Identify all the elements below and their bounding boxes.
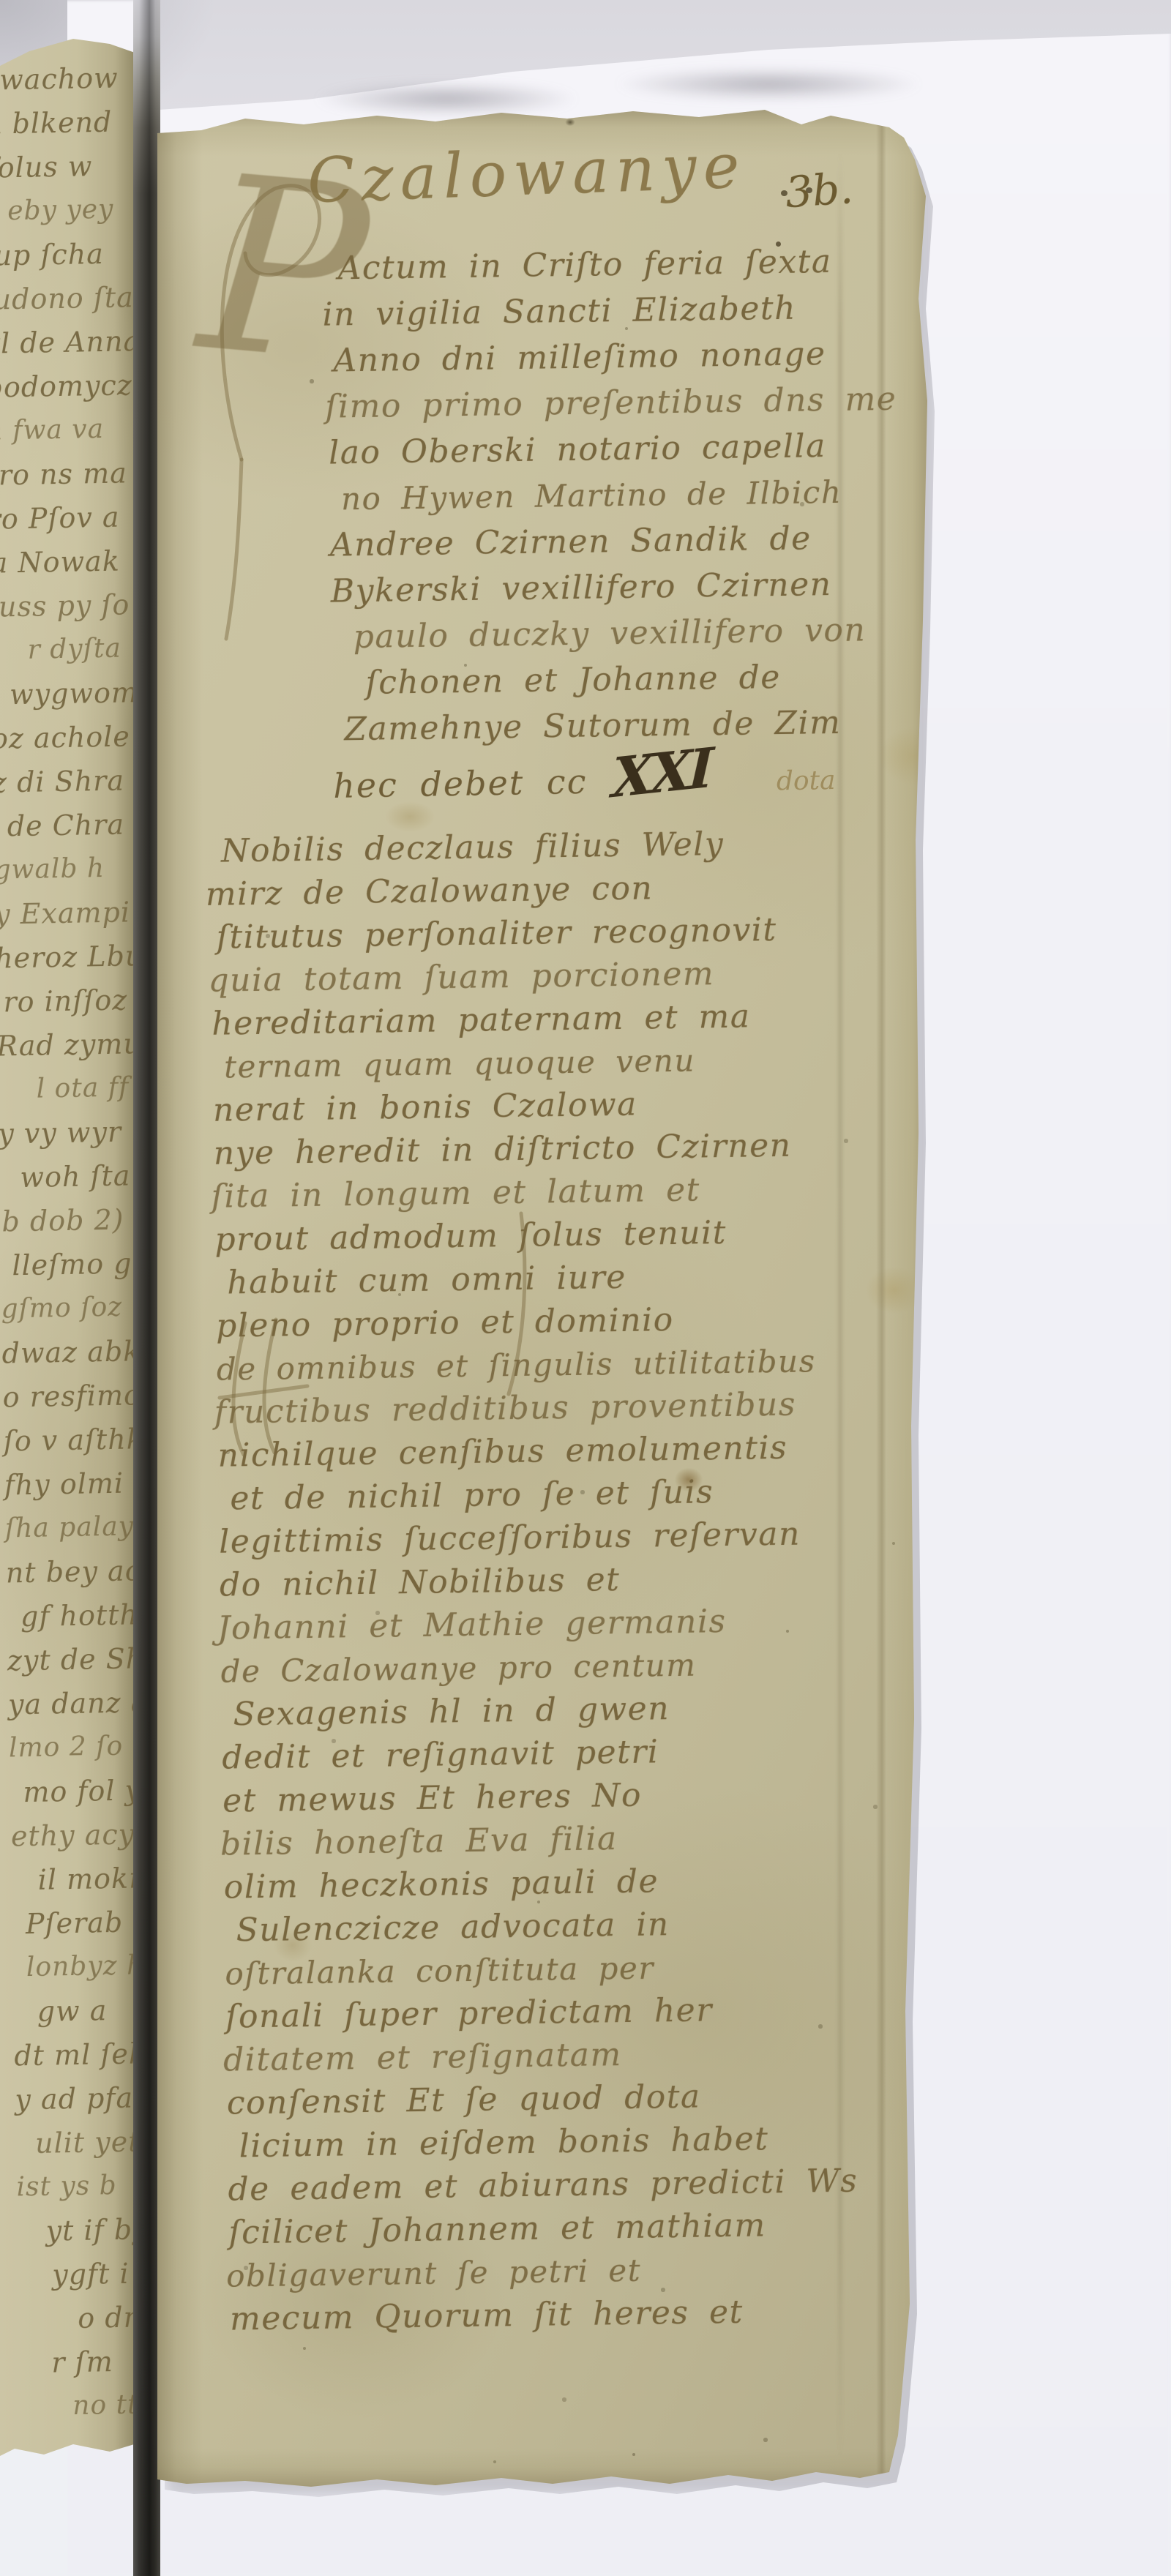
debet-line: hec debet cc XXI dota (332, 739, 836, 811)
left-page-line: ygft i (18, 2251, 150, 2297)
ink-stain (564, 117, 577, 127)
manuscript-line: Bykerski vexillifero Czirnen (330, 560, 916, 614)
torn-edge-shadow (615, 67, 922, 101)
left-page-line: Swachow (0, 56, 112, 102)
left-page-line: ulit yet (15, 2119, 148, 2165)
paragraph-1: Actum in Criſto feria ſextain vigilia Sa… (326, 237, 919, 752)
left-page-line: yl de Anna (0, 320, 116, 366)
left-page-text: Swachowk blkendſolus weby yeyſup ſchalud… (0, 56, 152, 2430)
left-page-line: iuss py ſo (0, 583, 121, 629)
left-page-line: ya danz a (7, 1680, 140, 1726)
debet-amount: XXI (611, 737, 711, 811)
manuscript-line: in vigilia Sancti Elizabeth (322, 283, 913, 337)
left-page-line: Rad zymu (0, 1022, 129, 1068)
left-page-line: gſmo ſoz (1, 1285, 133, 1331)
left-page-line: mo fol y (10, 1768, 142, 1814)
left-page-line: fhy olmi (4, 1461, 136, 1507)
manuscript-line: lao Oberski notario capella (329, 422, 915, 476)
left-page-line: yt if by (17, 2207, 149, 2253)
left-page-line: dt ml ſeb (14, 2032, 146, 2078)
torn-edge-shadow (315, 82, 578, 116)
left-page-line: de Chra (0, 803, 125, 849)
left-page-line: tro ns ma (0, 452, 119, 498)
left-page-line: ro inſſoz (0, 978, 128, 1024)
left-page-line: y vy wyr (0, 1109, 130, 1156)
page-heading: Czalowanye (306, 130, 747, 217)
paragraph-2: Nobilis deczlaus filius Welymirz de Czal… (209, 820, 933, 2340)
left-page-line: lmo 2 ſo (9, 1724, 141, 1770)
left-page-line: gwalb h (0, 847, 126, 893)
binding-gutter-shadow (133, 0, 160, 2576)
left-page-line: ist ys b (16, 2163, 149, 2209)
main-page: P Czalowanye 3b. Actum in Criſto feria ſ… (157, 108, 933, 2487)
left-page-line: nt bey ach (5, 1549, 138, 1595)
left-page-line: lonbyz h (12, 1944, 145, 1990)
left-page-line: z di Shra (0, 759, 124, 805)
left-page-edge: Swachowk blkendſolus weby yeyſup ſchalud… (0, 35, 139, 2466)
left-page-line: l ota ff (0, 1066, 130, 1112)
manuscript-line: Andree Czirnen Sandik de (329, 514, 916, 568)
left-page-line: ludono ſta (0, 276, 116, 322)
left-page-line: lleſmo g (0, 1241, 132, 1287)
manuscript-line: ſimo primo preſentibus dns me (325, 375, 914, 430)
debet-prefix: hec debet cc (333, 762, 588, 806)
left-page-line: il mokr (11, 1856, 143, 1902)
left-page-line: gf hotth (6, 1592, 138, 1639)
manuscript-line: Actum in Criſto feria ſexta (337, 237, 912, 291)
left-page-line: b dob 2) (0, 1197, 132, 1243)
left-page-line: zyt de Shr (7, 1636, 139, 1682)
manuscript-line: Anno dni milleſimo nonage (333, 329, 913, 383)
left-page-line: y ad pfat (15, 2075, 147, 2122)
manuscript-line: no Hywen Martino de Ilbich (341, 468, 916, 522)
left-page-line: k blkend (0, 100, 113, 146)
left-page-line: o dm (18, 2295, 151, 2341)
left-page-line: a Nowak (0, 539, 120, 585)
left-page-line: oz achole (0, 715, 123, 761)
manuscript-line: mecum Quorum ſit heres et (230, 2288, 933, 2340)
left-page-line: woh ſta (0, 1153, 131, 1199)
left-page-line: heroz Lbu (0, 934, 127, 980)
manuscript-line: ſchonen et Johanne de (365, 652, 918, 706)
left-page-line: ſup ſcha (0, 232, 115, 278)
left-page-line: eby yey (0, 188, 114, 234)
left-page-line: y Exampi (0, 891, 127, 937)
left-page-line: dwaz abk (1, 1329, 134, 1375)
left-page-line: gw a (13, 1988, 146, 2034)
left-page-line: ſo v aſthk (3, 1417, 135, 1463)
left-page-line: r ſm (19, 2339, 151, 2385)
left-page-line: ſha palay (4, 1505, 137, 1551)
folio-number: 3b. (784, 163, 855, 217)
left-page-line: ſolus w (0, 144, 113, 190)
left-page-line: ro Pſov a (0, 495, 119, 542)
left-page-line: r dyſta (0, 627, 121, 673)
manuscript-scan: Swachowk blkendſolus weby yeyſup ſchalud… (0, 0, 1171, 2576)
left-page-line: h fwa va (0, 408, 118, 454)
debet-note: dota (777, 765, 836, 796)
left-page-line: o resfimo (2, 1373, 135, 1419)
manuscript-line: paulo duczky vexillifero von (353, 606, 917, 660)
left-page-line: i wygwom (0, 671, 122, 717)
left-page-line: Pſerab (12, 1900, 144, 1946)
left-page-line: ethy acy (10, 1812, 143, 1858)
left-page-line: bodomyczk (0, 364, 117, 410)
